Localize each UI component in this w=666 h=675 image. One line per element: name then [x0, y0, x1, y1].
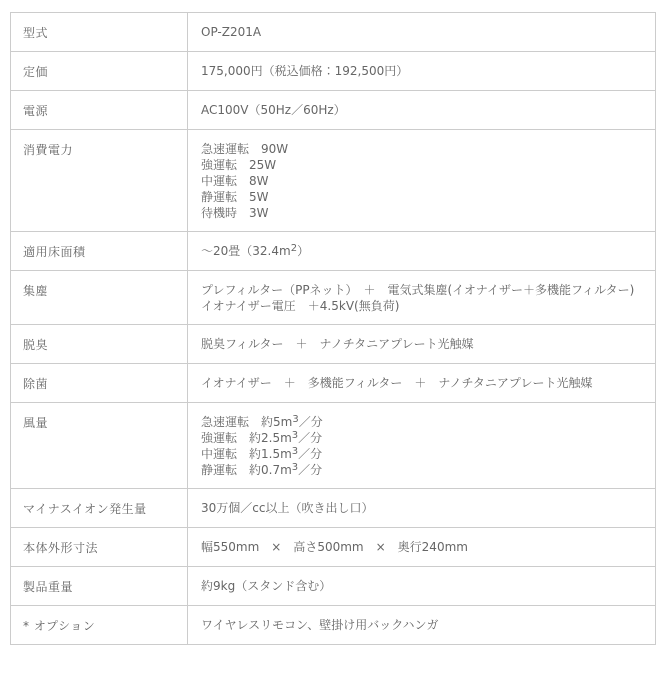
value-line: AC100V（50Hz／60Hz）	[201, 102, 642, 118]
table-row: 風量 急速運転 約5m3／分強運転 約2.5m3／分中運転 約1.5m3／分静運…	[11, 403, 656, 489]
superscript: 3	[292, 446, 298, 457]
table-row: マイナスイオン発生量 30万個／cc以上（吹き出し口）	[11, 489, 656, 528]
superscript: 3	[292, 462, 298, 473]
value-line: ～20畳（32.4m2）	[201, 243, 642, 259]
value-line: 強運転 約2.5m3／分	[201, 430, 642, 446]
value-line: 幅550mm × 高さ500mm × 奥行240mm	[201, 539, 642, 555]
value-line: 30万個／cc以上（吹き出し口）	[201, 500, 642, 516]
spec-label: 消費電力	[11, 130, 188, 232]
spec-table-body: 型式 OP-Z201A 定価 175,000円（税込価格：192,500円） 電…	[11, 13, 656, 645]
value-line: 急速運転 90W	[201, 141, 642, 157]
spec-label: 電源	[11, 91, 188, 130]
spec-value: 急速運転 約5m3／分強運転 約2.5m3／分中運転 約1.5m3／分静運転 約…	[188, 403, 656, 489]
spec-label: 除菌	[11, 364, 188, 403]
spec-label: 製品重量	[11, 567, 188, 606]
spec-value: プレフィルター（PPネット） ＋ 電気式集塵(イオナイザー＋多機能フィルター)イ…	[188, 271, 656, 325]
spec-value: 約9kg（スタンド含む）	[188, 567, 656, 606]
spec-label: 定価	[11, 52, 188, 91]
value-line: 待機時 3W	[201, 205, 642, 221]
spec-value: 30万個／cc以上（吹き出し口）	[188, 489, 656, 528]
value-line: 静運転 約0.7m3／分	[201, 462, 642, 478]
value-line: 175,000円（税込価格：192,500円）	[201, 63, 642, 79]
spec-value: ～20畳（32.4m2）	[188, 232, 656, 271]
superscript: 3	[292, 414, 298, 425]
spec-label: 脱臭	[11, 325, 188, 364]
value-line: イオナイザー電圧 ＋4.5kV(無負荷)	[201, 298, 642, 314]
value-line: ワイヤレスリモコン、壁掛け用バックハンガ	[201, 617, 642, 633]
table-row: 集塵 プレフィルター（PPネット） ＋ 電気式集塵(イオナイザー＋多機能フィルタ…	[11, 271, 656, 325]
page: 型式 OP-Z201A 定価 175,000円（税込価格：192,500円） 電…	[0, 0, 666, 645]
spec-label: * オプション	[11, 606, 188, 645]
table-row: 除菌 イオナイザー ＋ 多機能フィルター ＋ ナノチタニアプレート光触媒	[11, 364, 656, 403]
spec-label: 適用床面積	[11, 232, 188, 271]
table-row: 本体外形寸法 幅550mm × 高さ500mm × 奥行240mm	[11, 528, 656, 567]
spec-value: 幅550mm × 高さ500mm × 奥行240mm	[188, 528, 656, 567]
spec-value: 175,000円（税込価格：192,500円）	[188, 52, 656, 91]
table-row: 定価 175,000円（税込価格：192,500円）	[11, 52, 656, 91]
table-row: 製品重量 約9kg（スタンド含む）	[11, 567, 656, 606]
table-row: 脱臭 脱臭フィルター ＋ ナノチタニアプレート光触媒	[11, 325, 656, 364]
spec-value: イオナイザー ＋ 多機能フィルター ＋ ナノチタニアプレート光触媒	[188, 364, 656, 403]
spec-label: 型式	[11, 13, 188, 52]
spec-label: 本体外形寸法	[11, 528, 188, 567]
value-line: 中運転 8W	[201, 173, 642, 189]
value-line: OP-Z201A	[201, 24, 642, 40]
value-line: 急速運転 約5m3／分	[201, 414, 642, 430]
spec-value: OP-Z201A	[188, 13, 656, 52]
value-line: プレフィルター（PPネット） ＋ 電気式集塵(イオナイザー＋多機能フィルター)	[201, 282, 642, 298]
table-row: 適用床面積 ～20畳（32.4m2）	[11, 232, 656, 271]
spec-value: 急速運転 90W強運転 25W中運転 8W静運転 5W待機時 3W	[188, 130, 656, 232]
superscript: 3	[292, 430, 298, 441]
spec-label: マイナスイオン発生量	[11, 489, 188, 528]
value-line: 約9kg（スタンド含む）	[201, 578, 642, 594]
value-line: イオナイザー ＋ 多機能フィルター ＋ ナノチタニアプレート光触媒	[201, 375, 642, 391]
value-line: 静運転 5W	[201, 189, 642, 205]
spec-label: 風量	[11, 403, 188, 489]
superscript: 2	[291, 243, 297, 254]
table-row: 型式 OP-Z201A	[11, 13, 656, 52]
value-line: 中運転 約1.5m3／分	[201, 446, 642, 462]
spec-label: 集塵	[11, 271, 188, 325]
spec-value: ワイヤレスリモコン、壁掛け用バックハンガ	[188, 606, 656, 645]
table-row: 電源 AC100V（50Hz／60Hz）	[11, 91, 656, 130]
spec-table: 型式 OP-Z201A 定価 175,000円（税込価格：192,500円） 電…	[10, 12, 656, 645]
table-row: * オプション ワイヤレスリモコン、壁掛け用バックハンガ	[11, 606, 656, 645]
value-line: 脱臭フィルター ＋ ナノチタニアプレート光触媒	[201, 336, 642, 352]
value-line: 強運転 25W	[201, 157, 642, 173]
spec-value: 脱臭フィルター ＋ ナノチタニアプレート光触媒	[188, 325, 656, 364]
spec-value: AC100V（50Hz／60Hz）	[188, 91, 656, 130]
table-row: 消費電力 急速運転 90W強運転 25W中運転 8W静運転 5W待機時 3W	[11, 130, 656, 232]
